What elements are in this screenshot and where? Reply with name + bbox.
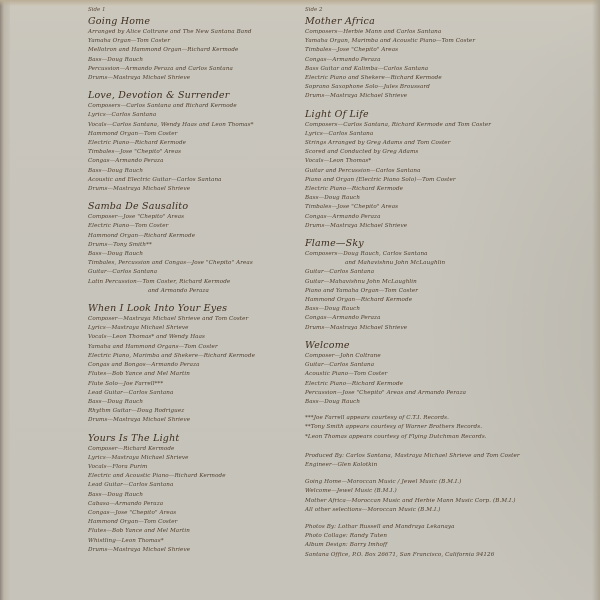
credit-continuation: and Armando Peraza: [88, 287, 303, 296]
side-1-label: Side 1: [88, 6, 303, 14]
credit-line: Drums—Mastraya Michael Shrieve: [88, 546, 303, 555]
credit-line: Composer—Richard Kermode: [88, 445, 303, 454]
publishing-line: All other selections—Moroccan Music (B.M…: [305, 506, 595, 515]
credit-line: Yamaha and Hammond Organs—Tom Coster: [88, 343, 303, 352]
track-going-home: Going Home Arranged by Alice Coltrane an…: [88, 16, 303, 83]
credit-line: Acoustic Piano—Tom Coster: [305, 370, 595, 379]
track-title: Flame—Sky: [305, 238, 595, 250]
track-light-of-life: Light Of Life Composers—Carlos Santana, …: [305, 109, 595, 231]
track-love-devotion-surrender: Love, Devotion & Surrender Composers—Car…: [88, 90, 303, 194]
credit-line: Acoustic and Electric Guitar—Carlos Sant…: [88, 176, 303, 185]
credit-line: Composer—Mastraya Michael Shrieve and To…: [88, 315, 303, 324]
credit-line: Composers—Doug Rauch, Carlos Santana: [305, 250, 595, 259]
credit-line: Electric and Acoustic Piano—Richard Kerm…: [88, 472, 303, 481]
side-2-column: Side 2 Mother Africa Composers—Herbie Ma…: [305, 6, 595, 568]
track-title: Love, Devotion & Surrender: [88, 90, 303, 102]
credit-line: Guitar—Carlos Santana: [88, 268, 303, 277]
credit-line: Drums—Mastraya Michael Shrieve: [305, 222, 595, 231]
credit-line: Bass—Doug Rauch: [88, 167, 303, 176]
credit-line: Flutes—Bob Yance and Mel Martin: [88, 527, 303, 536]
credit-line: Piano and Yamaha Organ—Tom Coster: [305, 287, 595, 296]
artwork-line: Photo Collage: Randy Tuten: [305, 532, 595, 541]
footnote-line: ***Joe Farrell appears courtesy of C.T.I…: [305, 414, 595, 423]
credit-line: Lyrics—Carlos Santana: [88, 111, 303, 120]
credit-line: Drums—Mastraya Michael Shrieve: [88, 416, 303, 425]
credit-line: Rhythm Guitar—Doug Rodriguez: [88, 407, 303, 416]
track-title: Welcome: [305, 340, 595, 352]
credit-line: Lead Guitar—Carlos Santana: [88, 389, 303, 398]
credit-line: Composer—John Coltrane: [305, 352, 595, 361]
credit-line: Timbales, Percussion and Congas—Jose "Ch…: [88, 259, 303, 268]
footnote-line: *Leon Thomas appears courtesy of Flying …: [305, 433, 595, 442]
side-1-column: Side 1 Going Home Arranged by Alice Colt…: [88, 6, 303, 562]
credit-line: Strings Arranged by Greg Adams and Tom C…: [305, 139, 595, 148]
track-title: Light Of Life: [305, 109, 595, 121]
artwork-line: Album Design: Barry Imhoff: [305, 541, 595, 550]
credit-line: Lead Guitar—Carlos Santana: [88, 481, 303, 490]
track-samba-de-sausalito: Samba De Sausalito Composer—Jose "Chepit…: [88, 201, 303, 296]
courtesy-footnotes: ***Joe Farrell appears courtesy of C.T.I…: [305, 414, 595, 442]
credit-line: Guitar—Mahavishnu John McLaughlin: [305, 278, 595, 287]
track-title: Yours Is The Light: [88, 433, 303, 445]
track-title: Going Home: [88, 16, 303, 28]
artwork-credits: Photos By: Lothar Russell and Mandraya L…: [305, 523, 595, 560]
credit-line: Drums—Mastraya Michael Shrieve: [88, 185, 303, 194]
credit-line: Bass—Doug Rauch: [88, 491, 303, 500]
credit-line: Arranged by Alice Coltrane and The New S…: [88, 28, 303, 37]
credit-line: Congas—Jose "Chepito" Areas: [88, 509, 303, 518]
track-title: Samba De Sausalito: [88, 201, 303, 213]
credit-line: Cabasa—Armando Peraza: [88, 500, 303, 509]
credit-line: Vocals—Flora Purim: [88, 463, 303, 472]
production-credits: Produced By: Carlos Santana, Mastraya Mi…: [305, 452, 595, 470]
credit-line: Composers—Herbie Mann and Carlos Santana: [305, 28, 595, 37]
credit-line: Percussion—Jose "Chepito" Areas and Arma…: [305, 389, 595, 398]
credit-line: Composers—Carlos Santana, Richard Kermod…: [305, 121, 595, 130]
credit-line: Yamaha Organ—Tom Coster: [88, 37, 303, 46]
producer-line: Produced By: Carlos Santana, Mastraya Mi…: [305, 452, 595, 461]
track-yours-is-the-light: Yours Is The Light Composer—Richard Kerm…: [88, 433, 303, 555]
publishing-line: Welcome—Jewel Music (B.M.I.): [305, 487, 595, 496]
credit-line: Guitar—Carlos Santana: [305, 361, 595, 370]
credit-line: Drums—Mastraya Michael Shrieve: [88, 74, 303, 83]
credit-line: Timbales—Jose "Chepito" Areas: [305, 46, 595, 55]
credit-line: Latin Percussion—Tom Coster, Richard Ker…: [88, 278, 303, 287]
credit-line: Guitar—Carlos Santana: [305, 268, 595, 277]
credit-line: Bass—Doug Rauch: [88, 250, 303, 259]
credit-line: Congas—Armando Peraza: [305, 56, 595, 65]
track-flame-sky: Flame—Sky Composers—Doug Rauch, Carlos S…: [305, 238, 595, 333]
credit-line: Timbales—Jose "Chepito" Areas: [305, 203, 595, 212]
credit-line: Lyrics—Carlos Santana: [305, 130, 595, 139]
credit-line: Composers—Carlos Santana and Richard Ker…: [88, 102, 303, 111]
credit-line: Bass—Doug Rauch: [305, 398, 595, 407]
credit-line: Hammond Organ—Tom Coster: [88, 518, 303, 527]
footnote-line: **Tony Smith appears courtesy of Warner …: [305, 423, 595, 432]
publishing-line: Going Home—Moroccan Music / Jewel Music …: [305, 478, 595, 487]
credit-line: Whistling—Leon Thomas*: [88, 537, 303, 546]
credit-line: Drums—Tony Smith**: [88, 241, 303, 250]
credit-line: Bass—Doug Rauch: [305, 305, 595, 314]
track-title: Mother Africa: [305, 16, 595, 28]
credit-line: Soprano Saxophone Solo—Jules Broussard: [305, 83, 595, 92]
credit-line: Vocals—Carlos Santana, Wendy Haas and Le…: [88, 121, 303, 130]
credit-line: Bass Guitar and Kalimba—Carlos Santana: [305, 65, 595, 74]
credit-line: Bass—Doug Rauch: [305, 194, 595, 203]
side-2-label: Side 2: [305, 6, 595, 14]
publishing-line: Mother Africa—Moroccan Music and Herbie …: [305, 497, 595, 506]
credit-line: Timbales—Jose "Chepito" Areas: [88, 148, 303, 157]
credit-line: Hammond Organ—Tom Coster: [88, 130, 303, 139]
credit-line: Congas—Armando Peraza: [88, 157, 303, 166]
credit-line: Vocals—Leon Thomas* and Wendy Haas: [88, 333, 303, 342]
credit-line: Piano and Organ (Electric Piano Solo)—To…: [305, 176, 595, 185]
credit-line: Hammond Organ—Richard Kermode: [305, 296, 595, 305]
track-mother-africa: Mother Africa Composers—Herbie Mann and …: [305, 16, 595, 102]
credit-line: Guitar and Percussion—Carlos Santana: [305, 167, 595, 176]
track-title: When I Look Into Your Eyes: [88, 303, 303, 315]
credit-line: Electric Piano and Shekere—Richard Kermo…: [305, 74, 595, 83]
credit-line: Hammond Organ—Richard Kermode: [88, 232, 303, 241]
credit-line: Bass—Doug Rauch: [88, 56, 303, 65]
credit-line: Scored and Conducted by Greg Adams: [305, 148, 595, 157]
engineer-line: Engineer—Glen Kolotkin: [305, 461, 595, 470]
credit-line: Lyrics—Mastraya Michael Shrieve: [88, 324, 303, 333]
credit-line: Flutes—Bob Yance and Mel Martin: [88, 370, 303, 379]
artwork-line: Photos By: Lothar Russell and Mandraya L…: [305, 523, 595, 532]
credit-line: Electric Piano—Tom Coster: [88, 222, 303, 231]
credit-line: Congas—Armando Peraza: [305, 213, 595, 222]
credit-line: Yamaha Organ, Marimba and Acoustic Piano…: [305, 37, 595, 46]
office-address: Santana Office, P.O. Box 26671, San Fran…: [305, 551, 595, 560]
sleeve-left-edge: [0, 0, 10, 600]
credit-line: Electric Piano—Richard Kermode: [305, 380, 595, 389]
credit-line: Lyrics—Mastraya Michael Shrieve: [88, 454, 303, 463]
credit-line: Congas and Bongos—Armando Peraza: [88, 361, 303, 370]
credit-line: Congas—Armando Peraza: [305, 314, 595, 323]
credit-line: Drums—Mastraya Michael Shrieve: [305, 324, 595, 333]
credit-line: Bass—Doug Rauch: [88, 398, 303, 407]
credit-line: Drums—Mastraya Michael Shrieve: [305, 92, 595, 101]
credit-line: Electric Piano—Richard Kermode: [88, 139, 303, 148]
credit-line: Vocals—Leon Thomas*: [305, 157, 595, 166]
credit-line: Electric Piano—Richard Kermode: [305, 185, 595, 194]
credit-line: Electric Piano, Marimba and Shekere—Rich…: [88, 352, 303, 361]
track-welcome: Welcome Composer—John Coltrane Guitar—Ca…: [305, 340, 595, 407]
credit-line: Mellotron and Hammond Organ—Richard Kerm…: [88, 46, 303, 55]
publishing-credits: Going Home—Moroccan Music / Jewel Music …: [305, 478, 595, 515]
credit-continuation: and Mahavishnu John McLaughlin: [305, 259, 595, 268]
credit-line: Percussion—Armando Peraza and Carlos San…: [88, 65, 303, 74]
track-when-i-look-into-your-eyes: When I Look Into Your Eyes Composer—Mast…: [88, 303, 303, 425]
credit-line: Composer—Jose "Chepito" Areas: [88, 213, 303, 222]
credit-line: Flute Solo—Joe Farrell***: [88, 380, 303, 389]
